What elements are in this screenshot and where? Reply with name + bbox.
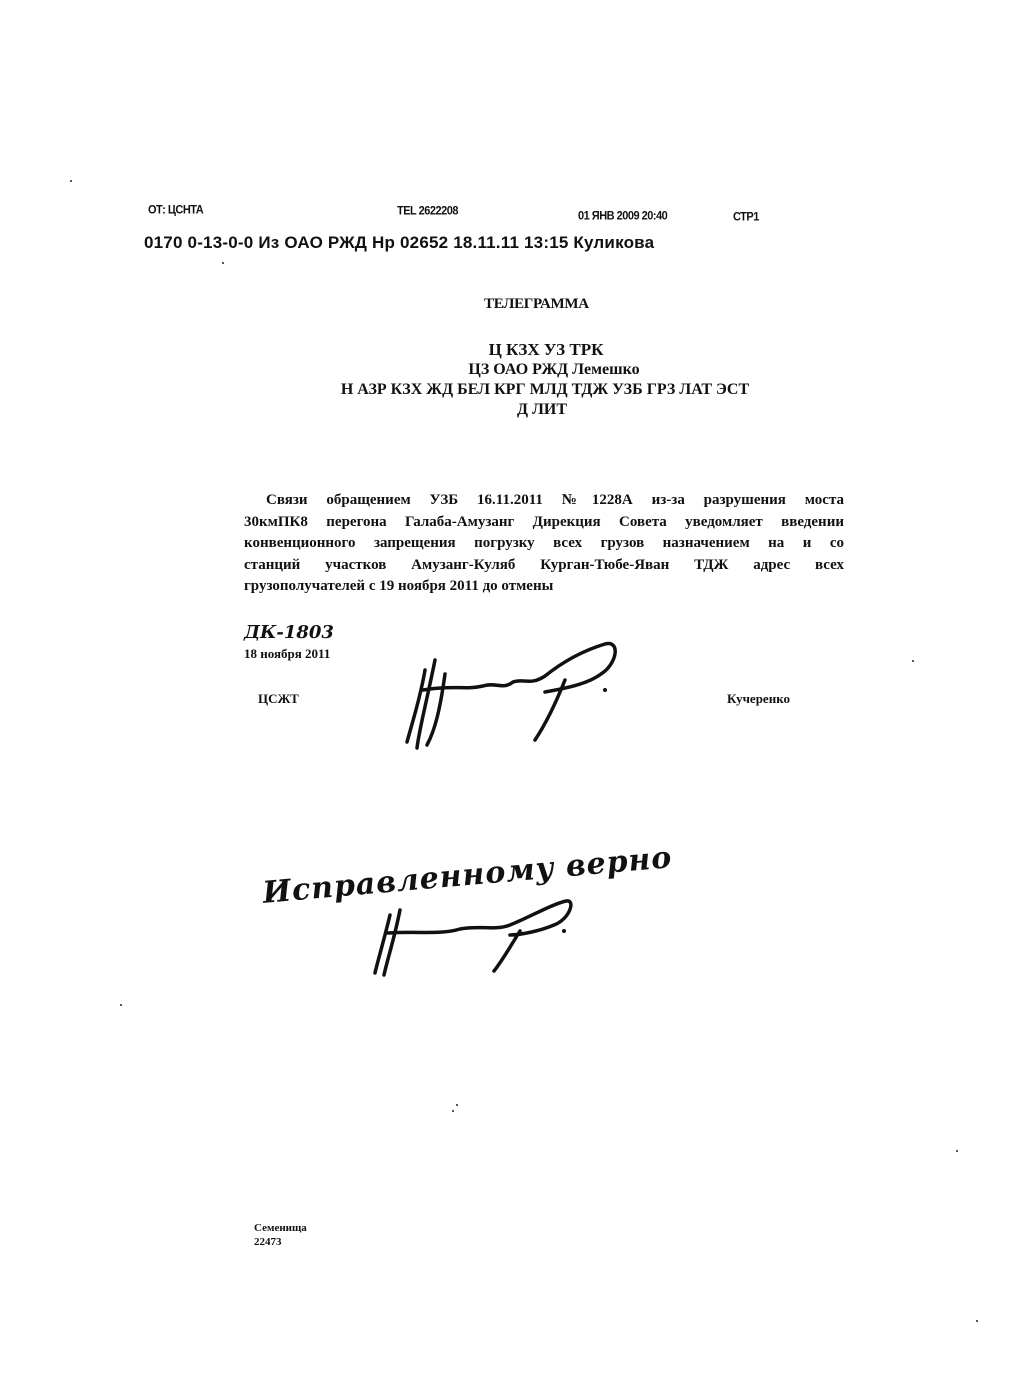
- signer-name: Кучеренко: [727, 691, 790, 707]
- page-number: СТР1: [733, 210, 759, 223]
- scan-speck: [456, 1104, 458, 1106]
- scan-speck: [222, 262, 224, 264]
- scan-speck: [976, 1320, 978, 1322]
- addressee-line: Н АЗР КЗХ ЖД БЕЛ КРГ МЛД ТДЖ УЗБ ГРЗ ЛАТ…: [295, 380, 795, 400]
- scan-speck: [70, 180, 72, 182]
- sender-code: ОТ: ЦСНТА: [148, 203, 203, 216]
- scan-speck: [452, 1110, 454, 1112]
- scan-speck: [912, 660, 914, 662]
- addressee-line: ЦЗ ОАО РЖД Лемешко: [304, 360, 804, 380]
- footer-name: Семенища: [254, 1222, 307, 1234]
- footer-number: 22473: [254, 1236, 282, 1248]
- phone-number: TEL 2622208: [397, 204, 458, 217]
- reference-number: ДК-1803: [244, 622, 334, 643]
- reference-date: 18 ноября 2011: [244, 646, 330, 662]
- body-line: конвенционного запрещения погрузку всех …: [244, 533, 844, 555]
- body-line: станций участков Амузанг-Куляб Курган-Тю…: [244, 555, 844, 577]
- scan-speck: [956, 1150, 958, 1152]
- signature-icon: [395, 630, 635, 760]
- fax-date-stamp: 01 ЯНВ 2009 20:40: [578, 209, 667, 222]
- signer-department: ЦСЖТ: [258, 691, 299, 707]
- body-line: 30кмПК8 перегона Галаба-Амузанг Дирекция…: [244, 512, 844, 534]
- document-title: ТЕЛЕГРАММА: [484, 296, 589, 313]
- telegram-body: Связи обращением УЗБ 16.11.2011 №1228А и…: [244, 490, 844, 598]
- addressee-line: Д ЛИТ: [292, 400, 792, 420]
- addressee-block: Ц КЗХ УЗ ТРК ЦЗ ОАО РЖД Лемешко Н АЗР КЗ…: [300, 340, 800, 420]
- routing-line: 0170 0-13-0-0 Из ОАО РЖД Нр 02652 18.11.…: [144, 233, 654, 253]
- addressee-line: Ц КЗХ УЗ ТРК: [296, 340, 796, 360]
- body-line: Связи обращением УЗБ 16.11.2011 №1228А и…: [244, 490, 844, 512]
- scan-speck: [120, 1004, 122, 1006]
- second-signature-icon: [370, 895, 590, 985]
- body-line: грузополучателей с 19 ноября 2011 до отм…: [244, 576, 844, 598]
